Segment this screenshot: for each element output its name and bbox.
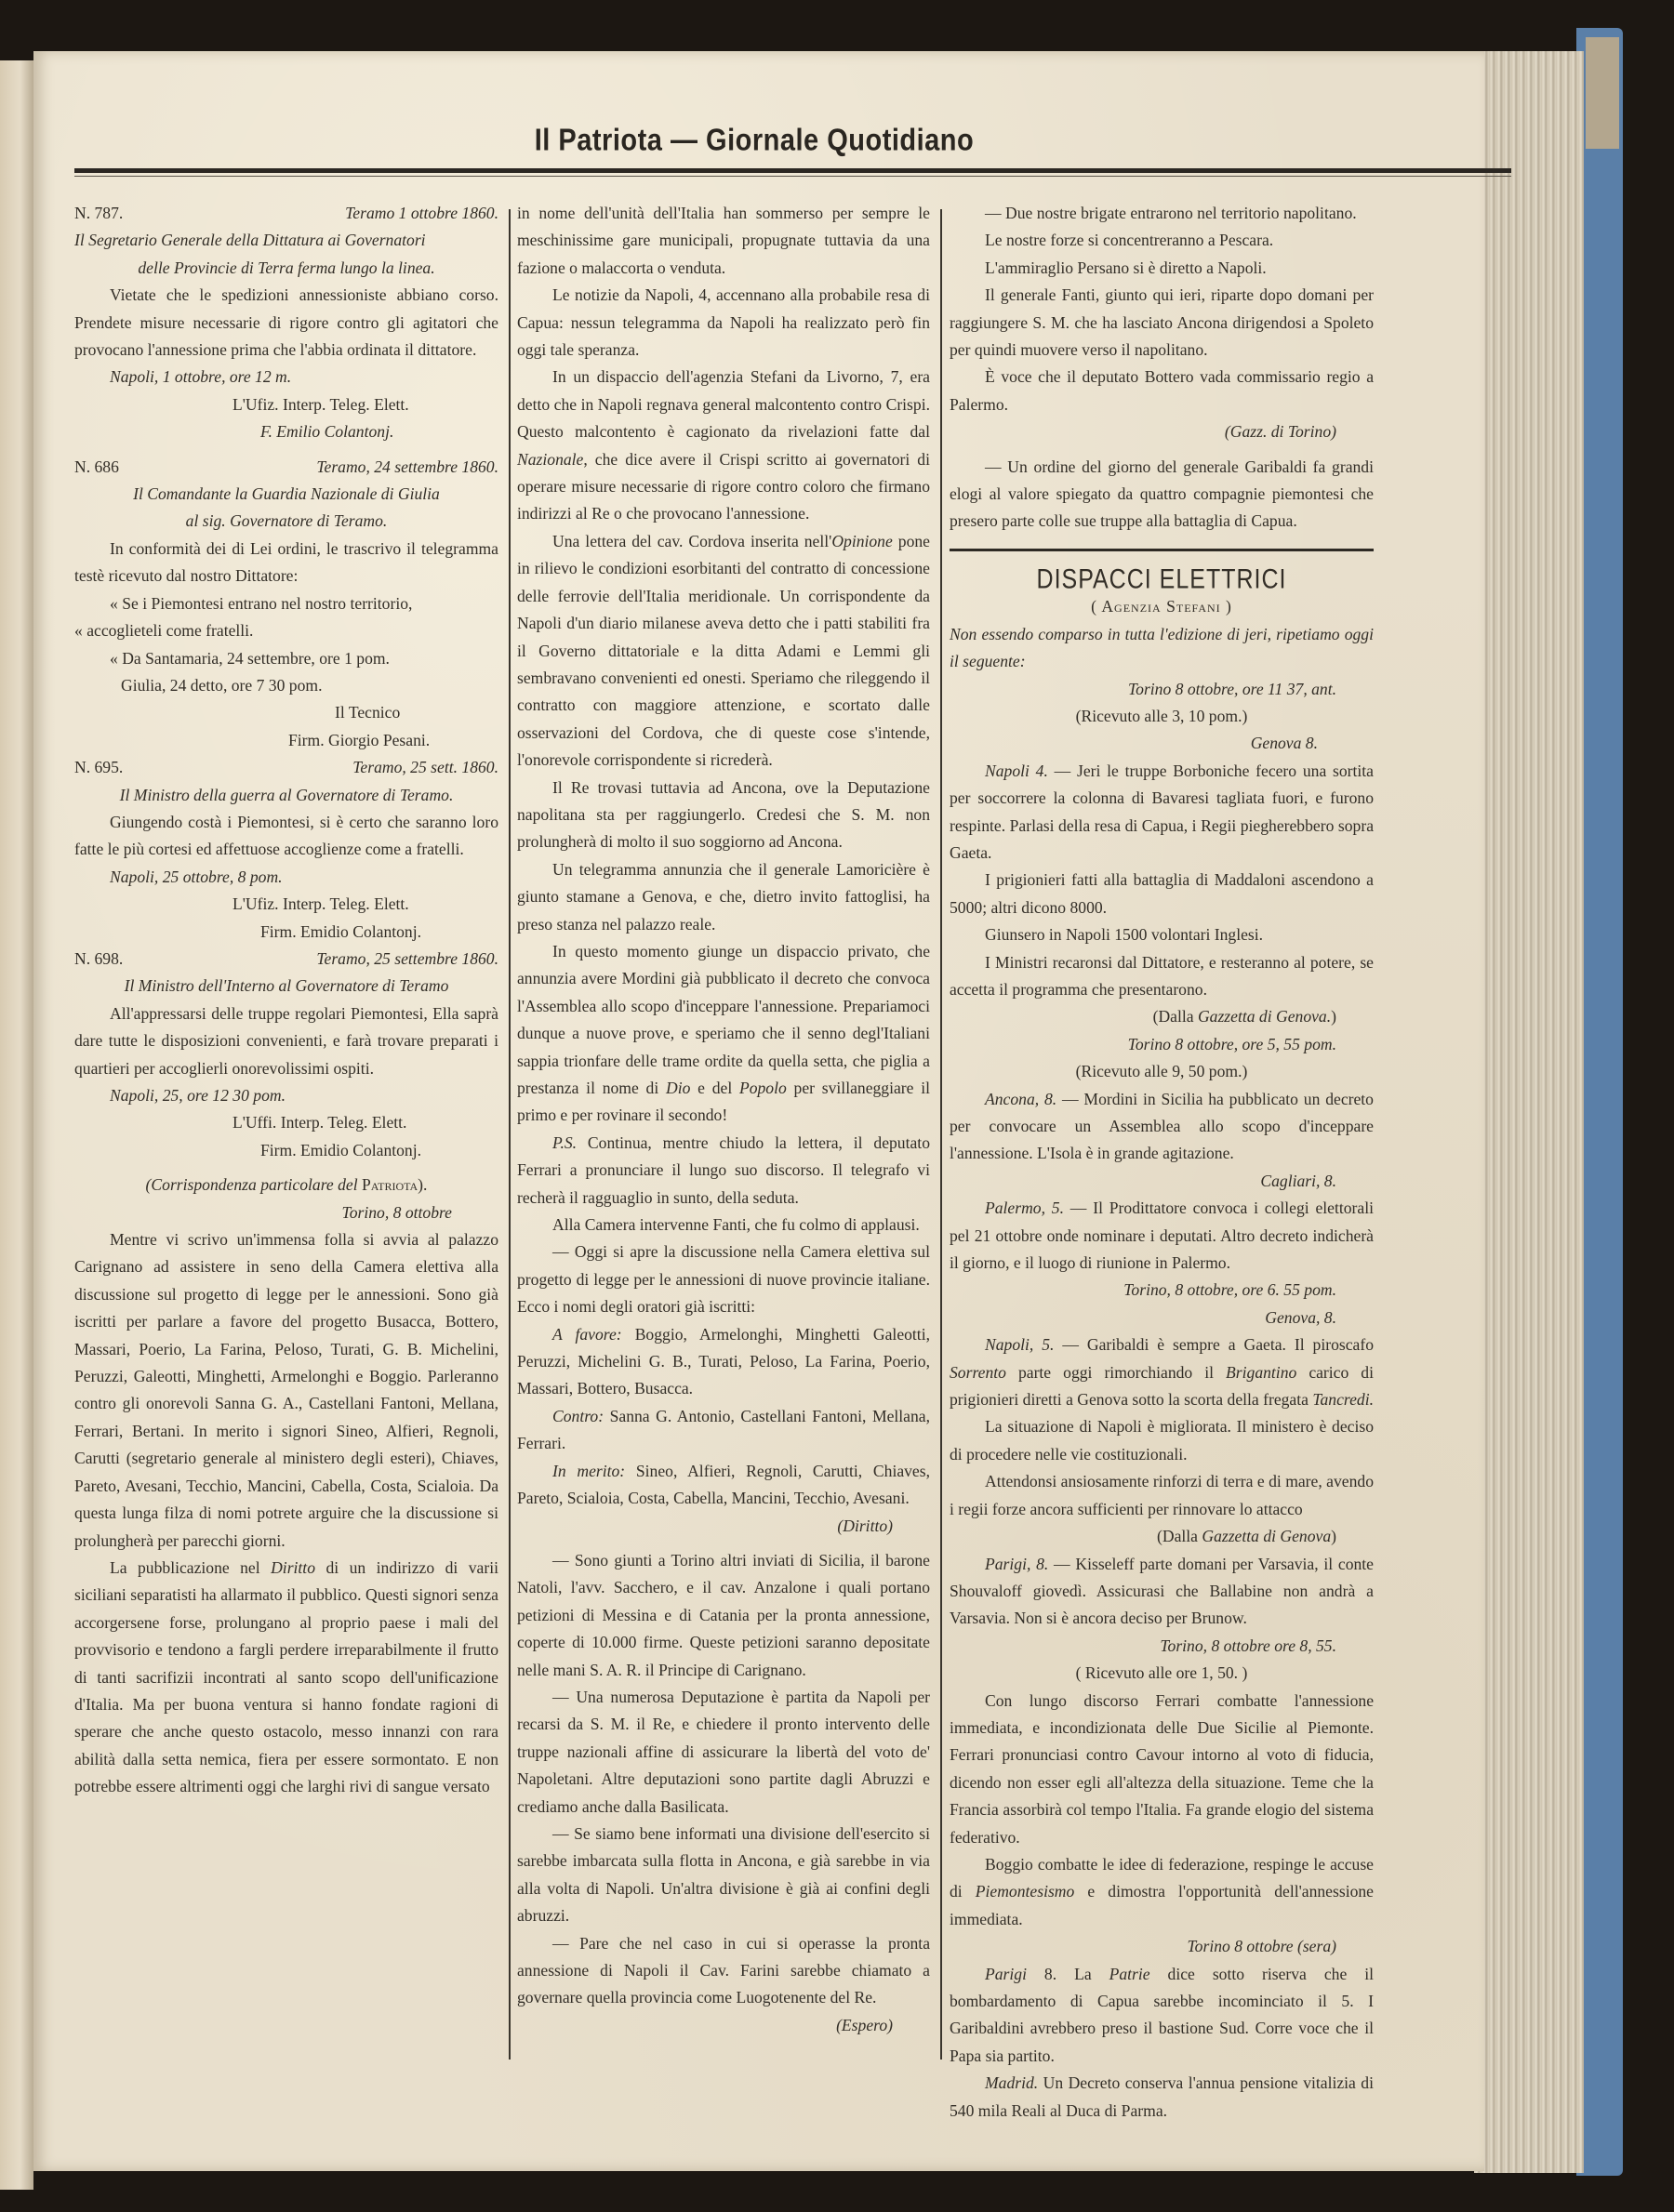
telegram-item: Giunsero in Napoli 1500 volontari Ingles… [950, 921, 1374, 948]
dispatch-date: Teramo, 25 sett. 1860. [352, 754, 498, 781]
spine-label [1586, 37, 1619, 149]
page-stack-edge [1474, 51, 1584, 2173]
source-attribution: (Gazz. di Torino) [950, 418, 1374, 445]
dispatch-body: In conformità dei di Lei ordini, le tras… [74, 536, 498, 590]
masthead-rule-thin [74, 176, 1511, 177]
dispatch-number: N. 695. [74, 754, 123, 781]
telegram-dateline: Torino 8 ottobre, ore 11 37, ant. [950, 676, 1374, 703]
dispatch-body: Vietate che le spedizioni annessioniste … [74, 282, 498, 364]
column-1: N. 787. Teramo 1 ottobre 1860. Il Segret… [74, 200, 498, 1801]
dispatch-office: L'Ufiz. Interp. Teleg. Elett. [74, 891, 498, 918]
dispatch-number: N. 787. [74, 200, 123, 227]
telegram-item: Attendonsi ansiosamente rinforzi di terr… [950, 1468, 1374, 1523]
dispatch-number: N. 686 [74, 454, 119, 481]
source-attribution: (Dalla Gazzetta di Genova) [950, 1523, 1374, 1550]
masthead-rule [74, 168, 1511, 173]
agency-name: ( Agenzia Stefani ) [950, 593, 1374, 620]
telegram-dateline: Torino 8 ottobre (sera) [950, 1933, 1374, 1960]
postscript: P.S. Continua, mentre chiudo la lettera,… [517, 1130, 930, 1212]
dispatch-header: N. 695. Teramo, 25 sett. 1860. [74, 754, 498, 781]
telegram-origin: Genova 8. [950, 730, 1374, 757]
dispatch-header: N. 698. Teramo, 25 settembre 1860. [74, 946, 498, 973]
dispatch-heading: delle Provincie di Terra ferma lungo la … [74, 255, 498, 282]
dispatch-heading: Il Comandante la Guardia Nazionale di Gi… [74, 481, 498, 508]
article-paragraph: — Se siamo bene informati una divisione … [517, 1821, 930, 1930]
column-2: in nome dell'unità dell'Italia han somme… [517, 200, 930, 2039]
source-attribution: (Espero) [517, 2012, 930, 2039]
dispatch-signature: Firm. Emidio Colantonj. [74, 919, 498, 946]
telegram-dateline: Torino, 8 ottobre ore 8, 55. [950, 1633, 1374, 1660]
facing-page-edge [0, 60, 33, 2190]
source-attribution: (Dalla Gazzetta di Genova.) [950, 1003, 1374, 1030]
source-attribution: (Diritto) [517, 1513, 930, 1540]
news-item: Le nostre forze si concentreranno a Pesc… [950, 227, 1374, 254]
article-paragraph: Una lettera del cav. Cordova inserita ne… [517, 528, 930, 775]
quote-line: « Se i Piemontesi entrano nel nostro ter… [74, 590, 498, 617]
article-paragraph: Il Re trovasi tuttavia ad Ancona, ove la… [517, 775, 930, 856]
newspaper-page: Il Patriota — Giornale Quotidiano N. 787… [33, 51, 1484, 2171]
news-item: — Due nostre brigate entrarono nel terri… [950, 200, 1374, 227]
telegram-item: Napoli, 5. — Garibaldi è sempre a Gaeta.… [950, 1331, 1374, 1413]
correspondence-paragraph: Mentre vi scrivo un'immensa folla si avv… [74, 1226, 498, 1555]
masthead-title: Il Patriota — Giornale Quotidiano [33, 124, 1475, 159]
dispatch-signature: Firm. Emidio Colantonj. [74, 1137, 498, 1164]
dispatch-dateline: Giulia, 24 detto, ore 7 30 pom. [74, 672, 498, 699]
telegram-item: Boggio combatte le idee di federazione, … [950, 1851, 1374, 1933]
section-divider [950, 549, 1374, 551]
article-paragraph: In questo momento giunge un dispaccio pr… [517, 938, 930, 1130]
dispatch-dateline: Napoli, 25 ottobre, 8 pom. [74, 864, 498, 891]
correspondence-dateline: Torino, 8 ottobre [74, 1199, 498, 1226]
dispatch-office: L'Uffi. Interp. Teleg. Elett. [74, 1109, 498, 1136]
telegram-item: Ancona, 8. — Mordini in Sicilia ha pubbl… [950, 1086, 1374, 1168]
dispatch-body: All'appressarsi delle truppe regolari Pi… [74, 1000, 498, 1082]
correspondence-heading: (Corrispondenza particolare del Patriota… [74, 1172, 498, 1199]
dispatch-heading: Il Segretario Generale della Dittatura a… [74, 227, 498, 254]
dispatch-number: N. 698. [74, 946, 123, 973]
news-item: Il generale Fanti, giunto qui ieri, ripa… [950, 282, 1374, 364]
article-paragraph: — Oggi si apre la discussione nella Came… [517, 1238, 930, 1320]
quote-line: « accoglieteli come fratelli. [74, 617, 498, 644]
telegram-item: I Ministri recaronsi dal Dittatore, e re… [950, 949, 1374, 1004]
telegram-item: Parigi 8. La Patrie dice sotto riserva c… [950, 1961, 1374, 2071]
news-item: È voce che il deputato Bottero vada comm… [950, 364, 1374, 418]
column-divider [940, 209, 942, 2060]
dispatch-intro: Non essendo comparso in tutta l'edizione… [950, 621, 1374, 676]
dispatch-date: Teramo 1 ottobre 1860. [345, 200, 498, 227]
dispatch-header: N. 686 Teramo, 24 settembre 1860. [74, 454, 498, 481]
dispatch-heading: Il Ministro dell'Interno al Governatore … [74, 973, 498, 1000]
dispatch-signature: F. Emilio Colantonj. [74, 418, 498, 445]
section-title: DISPACCI ELETTRICI [950, 563, 1374, 596]
dispatch-office: L'Ufiz. Interp. Teleg. Elett. [74, 391, 498, 418]
telegram-item: I prigionieri fatti alla battaglia di Ma… [950, 867, 1374, 921]
telegram-item: Napoli 4. — Jeri le truppe Borboniche fe… [950, 758, 1374, 868]
telegram-dateline: Torino 8 ottobre, ore 5, 55 pom. [950, 1031, 1374, 1058]
correspondence-paragraph: La pubblicazione nel Diritto di un indir… [74, 1555, 498, 1801]
speakers-for: A favore: Boggio, Armelonghi, Minghetti … [517, 1321, 930, 1403]
news-item: L'ammiraglio Persano si è diretto a Napo… [950, 255, 1374, 282]
telegram-origin: Genova, 8. [950, 1305, 1374, 1331]
telegram-received: (Ricevuto alle 9, 50 pom.) [950, 1058, 1374, 1085]
telegram-received: ( Ricevuto alle ore 1, 50. ) [950, 1660, 1374, 1687]
column-divider [509, 209, 511, 2060]
speakers-against: Contro: Sanna G. Antonio, Castellani Fan… [517, 1403, 930, 1458]
telegram-origin: Cagliari, 8. [950, 1168, 1374, 1195]
dispatch-heading: al sig. Governatore di Teramo. [74, 508, 498, 535]
dispatch-heading: Il Ministro della guerra al Governatore … [74, 782, 498, 809]
dispatch-signature: Firm. Giorgio Pesani. [74, 727, 498, 754]
dispatch-dateline: Napoli, 25, ore 12 30 pom. [74, 1082, 498, 1109]
article-paragraph: Alla Camera intervenne Fanti, che fu col… [517, 1212, 930, 1238]
article-paragraph: — Una numerosa Deputazione è partita da … [517, 1684, 930, 1821]
dispatch-dateline: Napoli, 1 ottobre, ore 12 m. [74, 364, 498, 391]
telegram-item: Palermo, 5. — Il Prodittatore convoca i … [950, 1195, 1374, 1277]
quote-line: « Da Santamaria, 24 settembre, ore 1 pom… [74, 645, 498, 672]
column-3: — Due nostre brigate entrarono nel terri… [950, 200, 1374, 2125]
newspaper-name: Diritto [271, 1558, 315, 1577]
dispatch-date: Teramo, 25 settembre 1860. [316, 946, 498, 973]
article-paragraph: Un telegramma annunzia che il generale L… [517, 856, 930, 938]
article-paragraph: — Sono giunti a Torino altri inviati di … [517, 1547, 930, 1684]
article-paragraph: In un dispaccio dell'agenzia Stefani da … [517, 364, 930, 527]
article-paragraph: in nome dell'unità dell'Italia han somme… [517, 200, 930, 282]
telegram-item: Madrid. Un Decreto conserva l'annua pens… [950, 2070, 1374, 2125]
telegram-dateline: Torino, 8 ottobre, ore 6. 55 pom. [950, 1277, 1374, 1304]
dispatch-header: N. 787. Teramo 1 ottobre 1860. [74, 200, 498, 227]
telegram-item: Parigi, 8. — Kisseleff parte domani per … [950, 1551, 1374, 1633]
dispatch-office: Il Tecnico [74, 699, 498, 726]
dispatch-body: Giungendo costà i Piemontesi, si è certo… [74, 809, 498, 864]
article-paragraph: Le notizie da Napoli, 4, accennano alla … [517, 282, 930, 364]
dispatch-date: Teramo, 24 settembre 1860. [316, 454, 498, 481]
telegram-item: Con lungo discorso Ferrari combatte l'an… [950, 1688, 1374, 1851]
news-item: — Un ordine del giorno del generale Gari… [950, 454, 1374, 536]
telegram-item: La situazione di Napoli è migliorata. Il… [950, 1413, 1374, 1468]
telegram-received: (Ricevuto alle 3, 10 pom.) [950, 703, 1374, 730]
article-paragraph: — Pare che nel caso in cui si operasse l… [517, 1930, 930, 2012]
speakers-merit: In merito: Sineo, Alfieri, Regnoli, Caru… [517, 1458, 930, 1513]
